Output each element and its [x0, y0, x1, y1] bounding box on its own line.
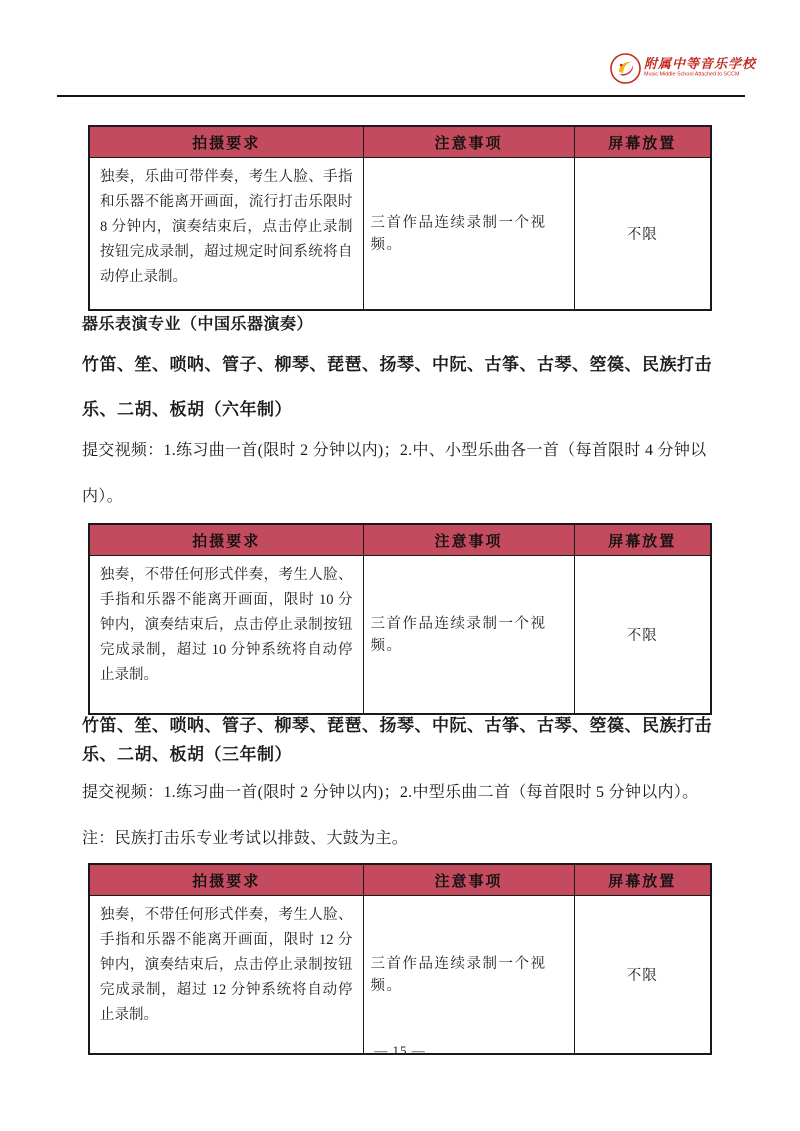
column-header-screen-placement: 屏幕放置: [574, 126, 711, 158]
page-number: — 15 —: [0, 1043, 800, 1059]
school-logo: 附属中等音乐学校 Music Middle School Attached to…: [610, 53, 756, 84]
screen-placement-cell: 不限: [574, 158, 711, 311]
column-header-shooting-requirements: 拍摄要求: [89, 864, 363, 896]
submission-requirements-six-year: 提交视频：1.练习曲一首(限时 2 分钟以内)；2.中、小型乐曲各一首（每首限时…: [82, 428, 722, 520]
column-header-screen-placement: 屏幕放置: [574, 864, 711, 896]
table-row: 独奏，不带任何形式伴奏，考生人脸、手指和乐器不能离开画面，限时 12 分钟内，演…: [89, 896, 711, 1055]
table-header-row: 拍摄要求 注意事项 屏幕放置: [89, 524, 711, 556]
table-row: 独奏，不带任何形式伴奏，考生人脸、手指和乐器不能离开画面，限时 10 分钟内，演…: [89, 556, 711, 715]
requirements-cell: 独奏，不带任何形式伴奏，考生人脸、手指和乐器不能离开画面，限时 10 分钟内，演…: [89, 556, 363, 715]
column-header-shooting-requirements: 拍摄要求: [89, 126, 363, 158]
column-header-notes: 注意事项: [363, 126, 574, 158]
column-header-screen-placement: 屏幕放置: [574, 524, 711, 556]
column-header-notes: 注意事项: [363, 524, 574, 556]
notes-cell: 三首作品连续录制一个视频。: [363, 158, 574, 311]
screen-placement-cell: 不限: [574, 896, 711, 1055]
requirements-cell: 独奏，不带任何形式伴奏，考生人脸、手指和乐器不能离开画面，限时 12 分钟内，演…: [89, 896, 363, 1055]
recording-requirements-table-pop-percussion: 拍摄要求 注意事项 屏幕放置 独奏，乐曲可带伴奏，考生人脸、手指和乐器不能离开画…: [88, 125, 712, 311]
requirements-cell: 独奏，乐曲可带伴奏，考生人脸、手指和乐器不能离开画面，流行打击乐限时 8 分钟内…: [89, 158, 363, 311]
column-header-notes: 注意事项: [363, 864, 574, 896]
instrument-list-six-year: 竹笛、笙、唢呐、管子、柳琴、琵琶、扬琴、中阮、古筝、古琴、箜篌、民族打击乐、二胡…: [82, 342, 718, 432]
school-emblem-icon: [610, 53, 641, 84]
document-page: 附属中等音乐学校 Music Middle School Attached to…: [0, 0, 800, 1131]
school-name-cn: 附属中等音乐学校: [644, 57, 756, 71]
table-row: 独奏，乐曲可带伴奏，考生人脸、手指和乐器不能离开画面，流行打击乐限时 8 分钟内…: [89, 158, 711, 311]
table-header-row: 拍摄要求 注意事项 屏幕放置: [89, 126, 711, 158]
screen-placement-cell: 不限: [574, 556, 711, 715]
notes-cell: 三首作品连续录制一个视频。: [363, 896, 574, 1055]
school-name-en: Music Middle School Attached to SCCM: [644, 71, 745, 78]
section-title-instrumental-performance: 器乐表演专业（中国乐器演奏）: [82, 311, 722, 334]
notes-cell: 三首作品连续录制一个视频。: [363, 556, 574, 715]
table-header-row: 拍摄要求 注意事项 屏幕放置: [89, 864, 711, 896]
submission-requirements-three-year: 提交视频：1.练习曲一首(限时 2 分钟以内)；2.中型乐曲二首（每首限时 5 …: [82, 770, 722, 862]
recording-requirements-table-three-year: 拍摄要求 注意事项 屏幕放置 独奏，不带任何形式伴奏，考生人脸、手指和乐器不能离…: [88, 863, 712, 1055]
recording-requirements-table-six-year: 拍摄要求 注意事项 屏幕放置 独奏，不带任何形式伴奏，考生人脸、手指和乐器不能离…: [88, 523, 712, 715]
instrument-list-three-year: 竹笛、笙、唢呐、管子、柳琴、琵琶、扬琴、中阮、古筝、古琴、箜篌、民族打击乐、二胡…: [82, 711, 718, 769]
school-logo-text: 附属中等音乐学校 Music Middle School Attached to…: [644, 53, 756, 79]
column-header-shooting-requirements: 拍摄要求: [89, 524, 363, 556]
header-divider: [57, 95, 745, 97]
